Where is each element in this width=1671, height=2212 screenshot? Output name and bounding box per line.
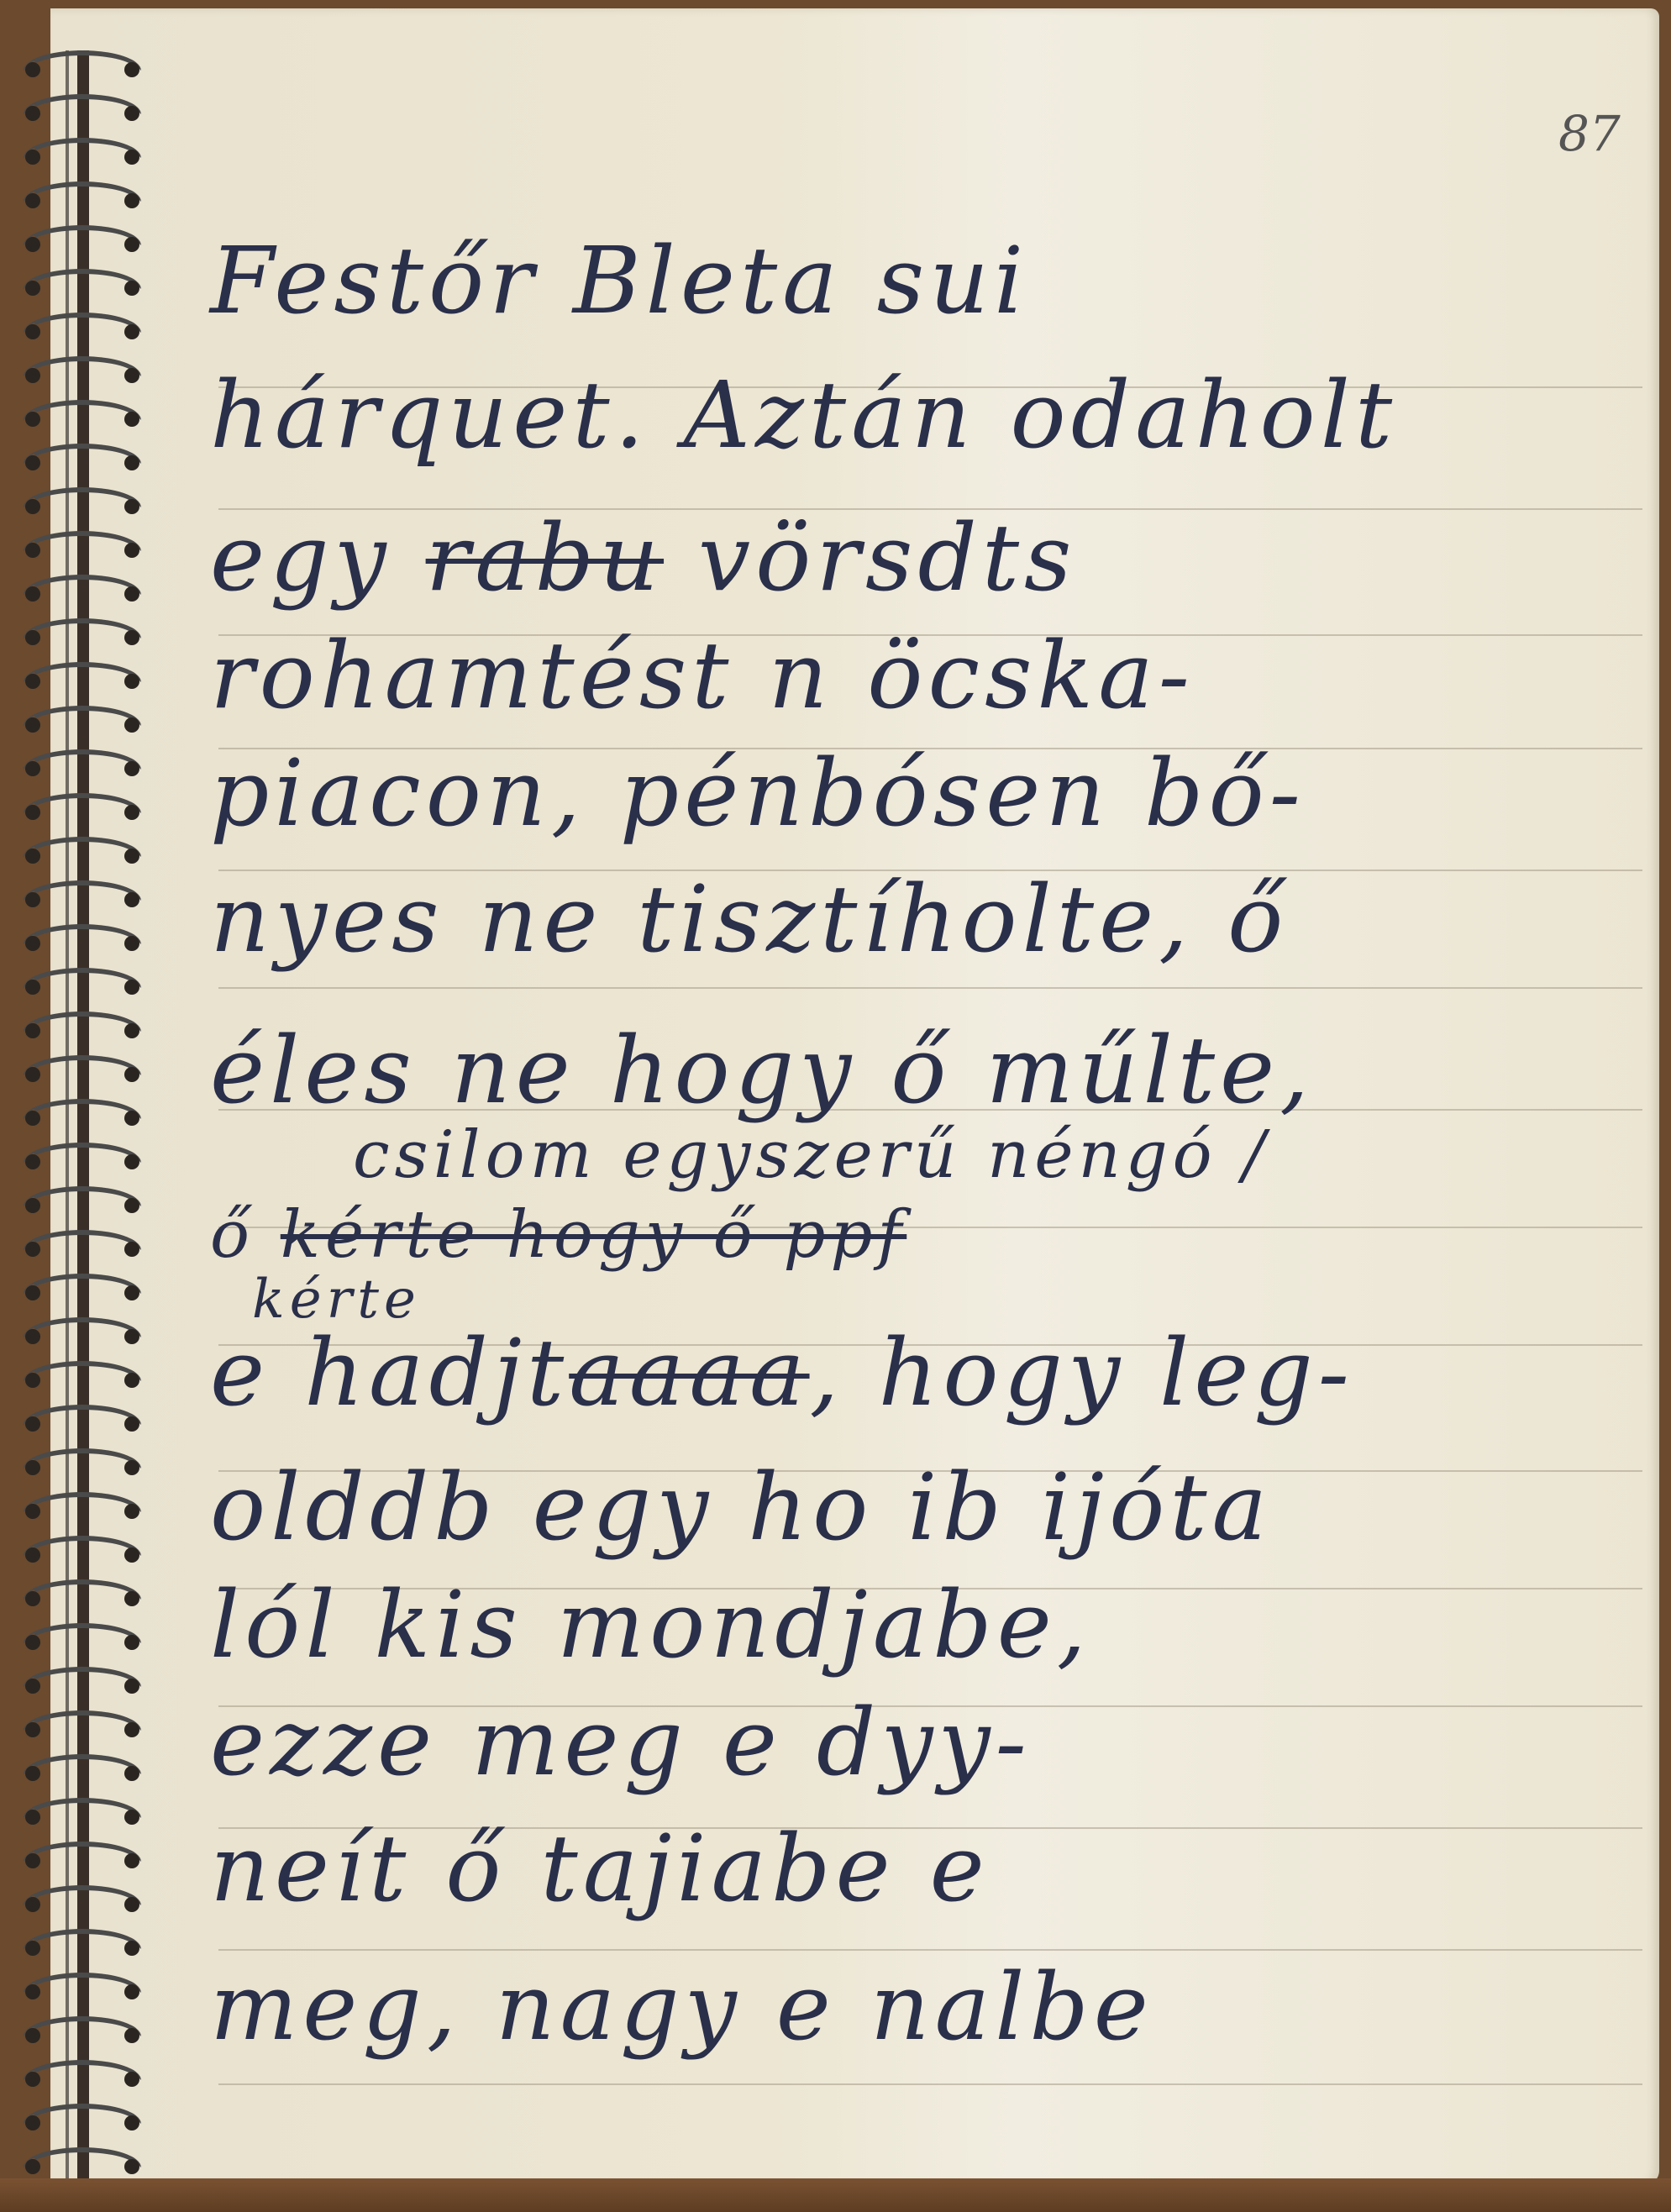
- spiral-coil: [24, 706, 141, 726]
- spiral-coil: [24, 1405, 141, 1425]
- line-text: , hogy leg-: [810, 1319, 1354, 1427]
- spiral-coil: [24, 1798, 141, 1818]
- ruled-line: [218, 2083, 1642, 2085]
- spiral-coil: [24, 313, 141, 333]
- spiral-coil: [24, 749, 141, 770]
- spiral-coil: [24, 1536, 141, 1556]
- struck-text: rabu: [426, 504, 664, 612]
- handwritten-line: Festőr Bleta sui: [210, 227, 1028, 334]
- spiral-coil: [24, 444, 141, 464]
- spiral-coil: [24, 1492, 141, 1512]
- handwritten-line: lól kis mondjabe,: [210, 1571, 1091, 1679]
- line-text: olddb egy ho ib ijóta: [210, 1453, 1272, 1561]
- spiral-coil: [24, 1754, 141, 1774]
- handwritten-line: neít ő tajiabe e: [210, 1815, 990, 1922]
- handwritten-line: nyes ne tisztíholte, ő: [210, 865, 1288, 973]
- spiral-coil: [24, 1842, 141, 1862]
- spiral-coil: [24, 531, 141, 551]
- spiral-coil: [24, 1361, 141, 1381]
- line-text: hárquet. Aztán odaholt: [210, 361, 1397, 469]
- spiral-coil: [24, 793, 141, 813]
- line-text: e hadjt: [210, 1319, 569, 1427]
- spiral-coil: [24, 1143, 141, 1163]
- line-text: ezze meg e dyy-: [210, 1689, 1032, 1796]
- line-text: rohamtést n öcska-: [210, 622, 1195, 729]
- ruled-line: [218, 1949, 1642, 1951]
- line-text: ő: [210, 1197, 255, 1273]
- handwritten-line: hárquet. Aztán odaholt: [210, 361, 1397, 469]
- spiral-coil: [24, 1929, 141, 1949]
- spiral-coil: [24, 2104, 141, 2124]
- desk-surface: [0, 2178, 1671, 2212]
- spiral-coil: [24, 94, 141, 114]
- spiral-coil: [24, 225, 141, 245]
- inserted-text: csilom egyszerű néngó /: [353, 1117, 1270, 1193]
- spiral-coil: [24, 2016, 141, 2036]
- spiral-coil: [24, 924, 141, 944]
- struck-text: aaaa: [569, 1319, 809, 1427]
- inserted-line: csilom egyszerű néngó /: [353, 1117, 1270, 1193]
- spiral-coil: [24, 662, 141, 682]
- handwritten-line: e hadjtaaaa, hogy leg-: [210, 1319, 1354, 1427]
- spiral-coil: [24, 1973, 141, 1993]
- handwritten-line: éles ne hogy ő műlte,: [210, 1017, 1314, 1124]
- spiral-coil: [24, 356, 141, 376]
- spiral-coil: [24, 968, 141, 988]
- line-text: meg, nagy e nalbe: [210, 1953, 1153, 2061]
- spiral-coil: [24, 1274, 141, 1294]
- handwritten-line: meg, nagy e nalbe: [210, 1953, 1153, 2061]
- spiral-coil: [24, 837, 141, 857]
- handwritten-line: ő kérte hogy ő ppf: [210, 1197, 906, 1273]
- page-number: 87: [1558, 105, 1621, 162]
- spiral-coil: [24, 880, 141, 901]
- line-text: piacon, pénbósen bő-: [210, 739, 1306, 847]
- handwritten-line: ezze meg e dyy-: [210, 1689, 1032, 1796]
- spiral-coil: [24, 1448, 141, 1469]
- spiral-coil: [24, 1317, 141, 1337]
- spiral-coil: [24, 400, 141, 420]
- spiral-coil: [24, 2147, 141, 2167]
- spiral-binding: [0, 0, 168, 2212]
- spiral-coil: [24, 1011, 141, 1032]
- spiral-coil: [24, 2060, 141, 2080]
- handwritten-line: olddb egy ho ib ijóta: [210, 1453, 1272, 1561]
- line-text: Festőr Bleta sui: [210, 227, 1028, 334]
- spiral-coil: [24, 1230, 141, 1250]
- spiral-coil: [24, 138, 141, 158]
- handwritten-line: rohamtést n öcska-: [210, 622, 1195, 729]
- spiral-coil: [24, 181, 141, 202]
- spiral-coil: [24, 269, 141, 289]
- line-text: egy: [210, 504, 391, 612]
- spiral-coil: [24, 1710, 141, 1731]
- line-text: éles ne hogy ő műlte,: [210, 1017, 1314, 1124]
- spiral-coil: [24, 1099, 141, 1119]
- line-text: lól kis mondjabe,: [210, 1571, 1091, 1679]
- line-text: nyes ne tisztíholte, ő: [210, 865, 1288, 973]
- ruled-line: [218, 987, 1642, 989]
- spiral-coil: [24, 1579, 141, 1600]
- spiral-coil: [24, 575, 141, 595]
- spiral-coil: [24, 1186, 141, 1206]
- spiral-coil: [24, 1885, 141, 1905]
- spiral-coil: [24, 1667, 141, 1687]
- spiral-coil: [24, 50, 141, 71]
- line-text: neít ő tajiabe e: [210, 1815, 990, 1922]
- spiral-coil: [24, 1055, 141, 1075]
- line-text: vörsdts: [698, 504, 1076, 612]
- handwritten-line: piacon, pénbósen bő-: [210, 739, 1306, 847]
- spiral-coil: [24, 1623, 141, 1643]
- spiral-coil: [24, 487, 141, 507]
- handwritten-line: egy rabu vörsdts: [210, 504, 1077, 612]
- struck-text: kérte hogy ő ppf: [281, 1197, 906, 1273]
- spiral-coil: [24, 618, 141, 638]
